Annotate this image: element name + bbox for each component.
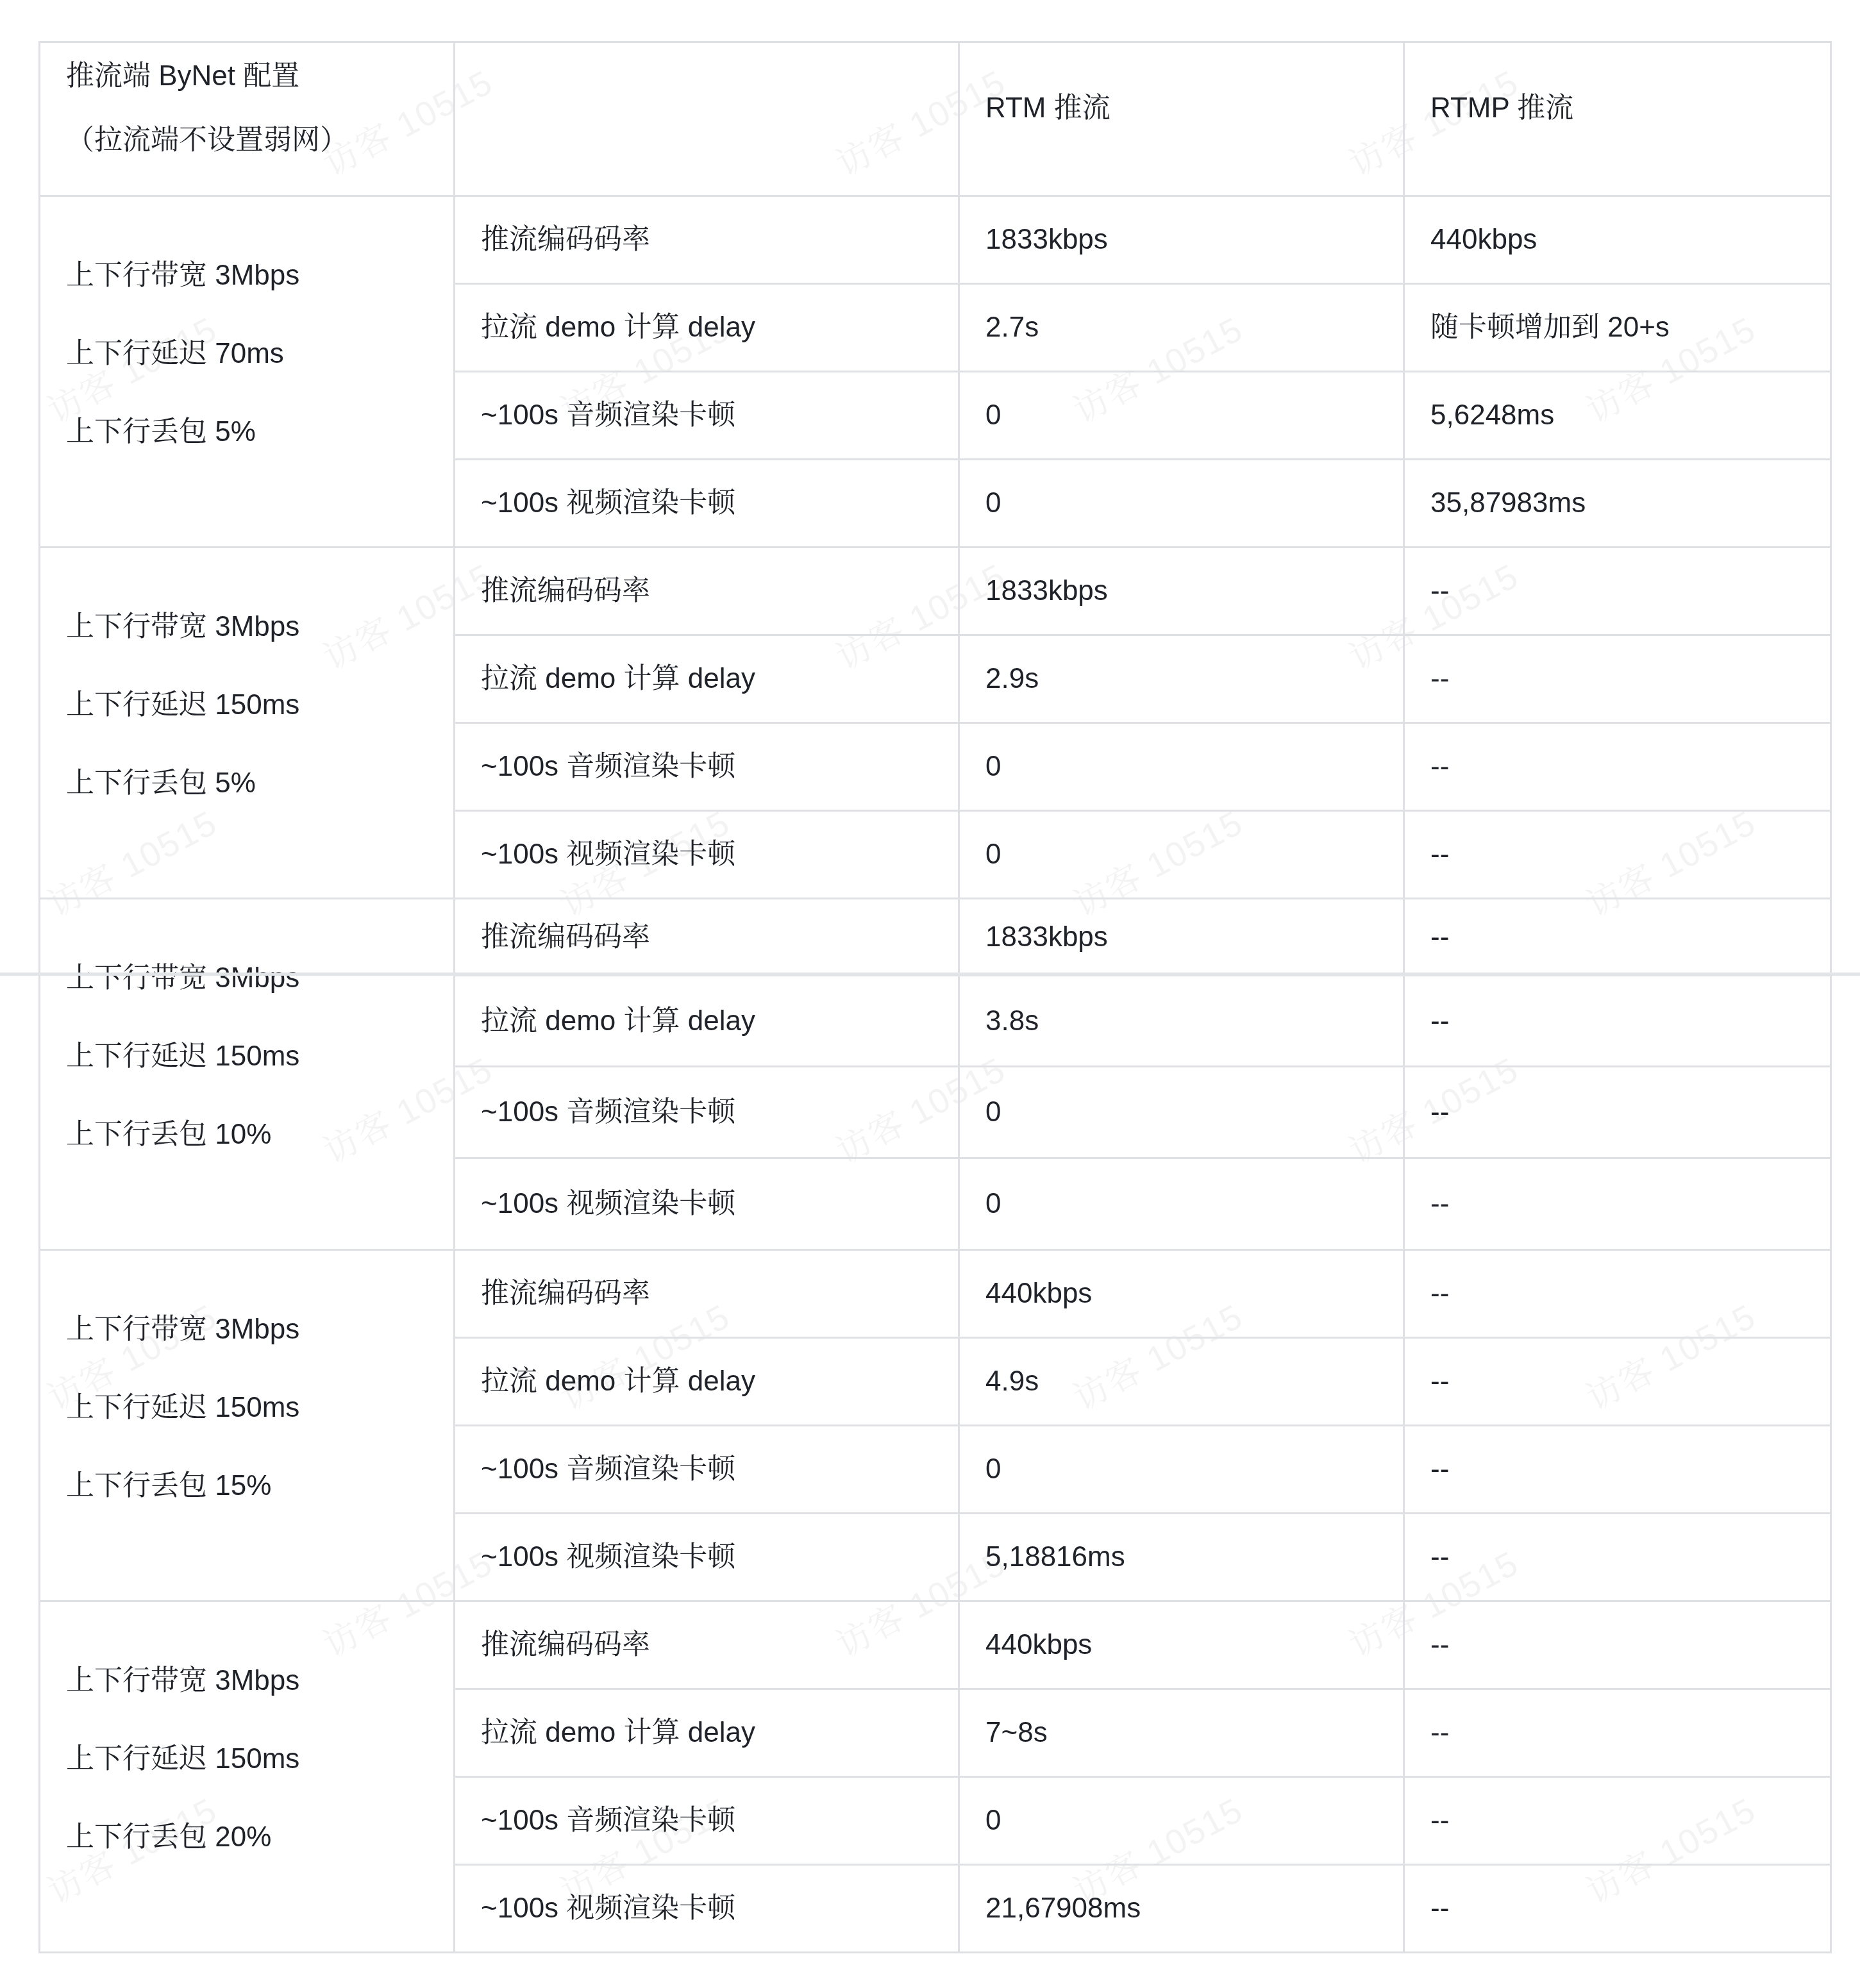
metric-label-cell[interactable]: ~100s 视频渲染卡顿	[455, 1158, 959, 1250]
rtm-value-cell[interactable]: 0	[959, 723, 1404, 811]
rtmp-value-cell[interactable]: --	[1404, 723, 1831, 811]
header-config-title: 推流端 ByNet 配置	[66, 55, 434, 97]
rtmp-value-cell[interactable]: --	[1404, 547, 1831, 635]
rtm-value-cell[interactable]: 5,18816ms	[959, 1514, 1404, 1601]
network-config-cell[interactable]: 上下行带宽 3Mbps 上下行延迟 70ms 上下行丢包 5%	[40, 196, 455, 547]
rtmp-value-cell[interactable]: --	[1404, 1865, 1831, 1953]
rtm-value-cell[interactable]: 1833kbps	[959, 899, 1404, 976]
rtm-value-cell[interactable]: 2.7s	[959, 284, 1404, 372]
metric-label-cell[interactable]: 拉流 demo 计算 delay	[455, 1338, 959, 1426]
table-row: 上下行带宽 3Mbps 上下行延迟 150ms 上下行丢包 15% 推流编码码率…	[40, 1250, 1831, 1338]
metric-label-cell[interactable]: ~100s 视频渲染卡顿	[455, 811, 959, 899]
rtm-value-cell[interactable]: 4.9s	[959, 1338, 1404, 1426]
page-break-divider	[0, 973, 1860, 976]
rtmp-value-cell[interactable]: 随卡顿增加到 20+s	[1404, 284, 1831, 372]
header-config-subtitle: （拉流端不设置弱网）	[66, 119, 434, 162]
table-row: 上下行带宽 3Mbps 上下行延迟 150ms 上下行丢包 20% 推流编码码率…	[40, 1601, 1831, 1689]
config-line-latency: 上下行延迟 150ms	[66, 1738, 434, 1780]
config-line-loss: 上下行丢包 20%	[66, 1816, 434, 1859]
config-line-loss: 上下行丢包 10%	[66, 1114, 434, 1156]
watermark-text: 访客 10515	[1852, 1043, 1860, 1174]
metric-label-cell[interactable]: 拉流 demo 计算 delay	[455, 635, 959, 723]
config-line-latency: 上下行延迟 70ms	[66, 333, 434, 375]
metric-label-cell[interactable]: 推流编码码率	[455, 1601, 959, 1689]
config-line-latency: 上下行延迟 150ms	[66, 1035, 434, 1078]
table-row: 上下行带宽 3Mbps 上下行延迟 70ms 上下行丢包 5% 推流编码码率 1…	[40, 196, 1831, 284]
metric-label-cell[interactable]: ~100s 音频渲染卡顿	[455, 372, 959, 460]
config-line-loss: 上下行丢包 15%	[66, 1465, 434, 1507]
network-config-cell[interactable]: 上下行带宽 3Mbps 上下行延迟 150ms 上下行丢包 10%	[40, 899, 455, 1250]
metric-label-cell[interactable]: ~100s 音频渲染卡顿	[455, 1426, 959, 1514]
header-config-cell[interactable]: 推流端 ByNet 配置 （拉流端不设置弱网）	[40, 42, 455, 196]
network-config-cell[interactable]: 上下行带宽 3Mbps 上下行延迟 150ms 上下行丢包 20%	[40, 1601, 455, 1953]
rtmp-value-cell[interactable]: --	[1404, 1601, 1831, 1689]
rtm-value-cell[interactable]: 440kbps	[959, 1601, 1404, 1689]
config-line-latency: 上下行延迟 150ms	[66, 684, 434, 726]
rtm-value-cell[interactable]: 7~8s	[959, 1689, 1404, 1777]
metric-label-cell[interactable]: 推流编码码率	[455, 1250, 959, 1338]
metric-label-cell[interactable]: ~100s 音频渲染卡顿	[455, 723, 959, 811]
metric-label-cell[interactable]: ~100s 音频渲染卡顿	[455, 1777, 959, 1865]
network-config-cell[interactable]: 上下行带宽 3Mbps 上下行延迟 150ms 上下行丢包 5%	[40, 547, 455, 899]
config-line-bandwidth: 上下行带宽 3Mbps	[66, 957, 434, 999]
rtmp-value-cell[interactable]: --	[1404, 1067, 1831, 1158]
network-config-cell[interactable]: 上下行带宽 3Mbps 上下行延迟 150ms 上下行丢包 15%	[40, 1250, 455, 1601]
rtm-value-cell[interactable]: 440kbps	[959, 1250, 1404, 1338]
metric-label-cell[interactable]: 拉流 demo 计算 delay	[455, 284, 959, 372]
metric-label-cell[interactable]: 拉流 demo 计算 delay	[455, 1689, 959, 1777]
config-line-latency: 上下行延迟 150ms	[66, 1387, 434, 1429]
watermark-text: 访客 10515	[1852, 1537, 1860, 1667]
config-line-bandwidth: 上下行带宽 3Mbps	[66, 1660, 434, 1702]
rtm-value-cell[interactable]: 0	[959, 811, 1404, 899]
config-line-bandwidth: 上下行带宽 3Mbps	[66, 606, 434, 648]
metric-label-cell[interactable]: ~100s 视频渲染卡顿	[455, 1865, 959, 1953]
table-row: 上下行带宽 3Mbps 上下行延迟 150ms 上下行丢包 10% 推流编码码率…	[40, 899, 1831, 976]
rtm-value-cell[interactable]: 2.9s	[959, 635, 1404, 723]
rtm-value-cell[interactable]: 0	[959, 460, 1404, 547]
metric-label-cell[interactable]: ~100s 视频渲染卡顿	[455, 1514, 959, 1601]
rtm-value-cell[interactable]: 21,67908ms	[959, 1865, 1404, 1953]
metric-label-cell[interactable]: ~100s 视频渲染卡顿	[455, 460, 959, 547]
header-rtm-cell[interactable]: RTM 推流	[959, 42, 1404, 196]
metric-label-cell[interactable]: 推流编码码率	[455, 899, 959, 976]
metric-label-cell[interactable]: 推流编码码率	[455, 547, 959, 635]
rtmp-value-cell[interactable]: --	[1404, 899, 1831, 976]
config-line-bandwidth: 上下行带宽 3Mbps	[66, 255, 434, 297]
rtmp-value-cell[interactable]: --	[1404, 1689, 1831, 1777]
rtmp-value-cell[interactable]: --	[1404, 1426, 1831, 1514]
rtmp-value-cell[interactable]: --	[1404, 1338, 1831, 1426]
metric-label-cell[interactable]: ~100s 音频渲染卡顿	[455, 1067, 959, 1158]
rtmp-value-cell[interactable]: --	[1404, 811, 1831, 899]
header-rtmp-label: RTMP 推流	[1430, 87, 1811, 129]
rtmp-value-cell[interactable]: --	[1404, 635, 1831, 723]
metric-label-cell[interactable]: 拉流 demo 计算 delay	[455, 976, 959, 1067]
rtm-value-cell[interactable]: 1833kbps	[959, 547, 1404, 635]
watermark-text: 访客 10515	[1852, 56, 1860, 187]
rtm-value-cell[interactable]: 0	[959, 1158, 1404, 1250]
rtmp-value-cell[interactable]: 5,6248ms	[1404, 372, 1831, 460]
rtm-value-cell[interactable]: 0	[959, 1426, 1404, 1514]
rtmp-value-cell[interactable]: 440kbps	[1404, 196, 1831, 284]
rtm-value-cell[interactable]: 0	[959, 372, 1404, 460]
rtm-value-cell[interactable]: 1833kbps	[959, 196, 1404, 284]
header-rtm-label: RTM 推流	[985, 87, 1384, 129]
metric-label-cell[interactable]: 推流编码码率	[455, 196, 959, 284]
rtmp-value-cell[interactable]: --	[1404, 976, 1831, 1067]
results-table: 推流端 ByNet 配置 （拉流端不设置弱网） RTM 推流 RTMP 推流 上…	[38, 41, 1832, 1953]
header-rtmp-cell[interactable]: RTMP 推流	[1404, 42, 1831, 196]
config-line-loss: 上下行丢包 5%	[66, 762, 434, 805]
table-row: 上下行带宽 3Mbps 上下行延迟 150ms 上下行丢包 5% 推流编码码率 …	[40, 547, 1831, 635]
config-line-loss: 上下行丢包 5%	[66, 411, 434, 453]
rtmp-value-cell[interactable]: --	[1404, 1158, 1831, 1250]
header-empty-cell[interactable]	[455, 42, 959, 196]
watermark-text: 访客 10515	[1852, 549, 1860, 680]
rtmp-value-cell[interactable]: --	[1404, 1514, 1831, 1601]
rtmp-value-cell[interactable]: --	[1404, 1777, 1831, 1865]
table-header-row: 推流端 ByNet 配置 （拉流端不设置弱网） RTM 推流 RTMP 推流	[40, 42, 1831, 196]
rtmp-value-cell[interactable]: --	[1404, 1250, 1831, 1338]
rtm-value-cell[interactable]: 0	[959, 1067, 1404, 1158]
rtmp-value-cell[interactable]: 35,87983ms	[1404, 460, 1831, 547]
rtm-value-cell[interactable]: 0	[959, 1777, 1404, 1865]
rtm-value-cell[interactable]: 3.8s	[959, 976, 1404, 1067]
config-line-bandwidth: 上下行带宽 3Mbps	[66, 1308, 434, 1351]
